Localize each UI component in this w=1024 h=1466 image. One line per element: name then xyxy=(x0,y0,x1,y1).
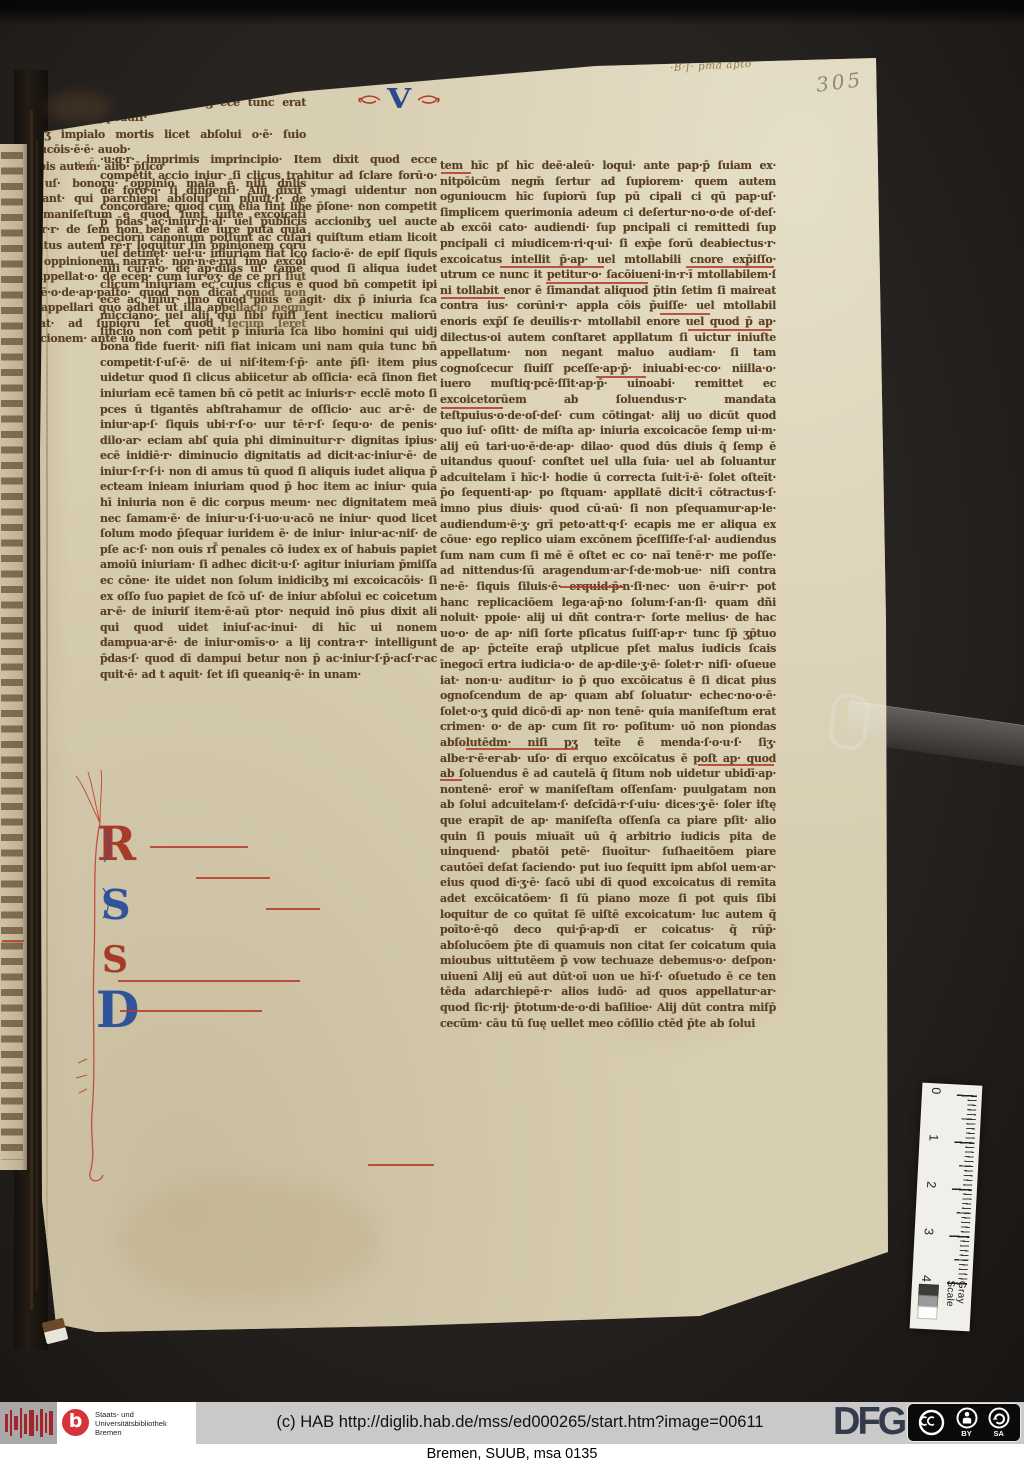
spine-headband xyxy=(46,92,112,122)
red-flourish-right-icon xyxy=(416,93,442,107)
red-flourish-left-icon xyxy=(356,93,382,107)
rubric-underline xyxy=(500,266,604,268)
shelfmark-caption: Bremen, SUUB, msa 0135 xyxy=(427,1446,598,1462)
cc-icon xyxy=(918,1409,945,1436)
dfg-logo: DFG xyxy=(833,1401,904,1445)
gray-scale-ruler: 0 1 2 3 4 Gray Scale xyxy=(910,1083,983,1332)
credit-bar: b Staats- und Universitätsbibliothek Bre… xyxy=(0,1402,1024,1444)
rubric-underline xyxy=(441,172,471,174)
penwork-flourish xyxy=(70,768,120,1188)
by-label: BY xyxy=(961,1430,971,1438)
rubric-underline xyxy=(440,779,462,781)
rubric-underline xyxy=(660,313,710,315)
manuscript-photo: V ·B·ſ· p̄ma ap̄to 305 +·ſ̄· ·u·q·r· imp… xyxy=(0,0,1024,1402)
gray-patch-light xyxy=(917,1306,938,1320)
left-margin-mark: +·ſ̄· xyxy=(74,157,97,172)
rubric-underline xyxy=(118,980,300,982)
ruler-number: 0 xyxy=(927,1087,943,1103)
right-text-column: tem hīc pſ hīc deē·aleū· loqui· ante pap… xyxy=(440,158,776,1130)
caption-bar: Bremen, SUUB, msa 0135 xyxy=(0,1444,1024,1466)
cc-by-sa-badge: BY SA xyxy=(907,1403,1021,1442)
bremen-b-logo: b xyxy=(62,1409,89,1436)
ruler-number: 2 xyxy=(923,1181,939,1197)
library-name: Staats- und Universitätsbibliothek Breme… xyxy=(95,1410,167,1437)
rubric-underline xyxy=(196,877,270,879)
spine-edge-streak xyxy=(30,110,33,1310)
ruler-cm-ticks xyxy=(947,1094,977,1285)
rubric-underline xyxy=(596,376,646,378)
spine-edge-streak xyxy=(36,140,38,1290)
rubric-underline xyxy=(546,282,648,284)
library-name-line: Staats- und xyxy=(95,1410,167,1419)
screenshot-canvas: V ·B·ſ· p̄ma ap̄to 305 +·ſ̄· ·u·q·r· imp… xyxy=(0,0,1024,1466)
section-text: ēlatum ē niſi ſcāt ſet hec ſequitur inte… xyxy=(0,0,306,78)
rubric-underline xyxy=(368,1164,434,1166)
initial-v: V xyxy=(387,86,411,113)
rubric-underline xyxy=(2,940,24,942)
rubric-underline xyxy=(441,297,505,299)
parchment-stain xyxy=(120,1180,380,1300)
rubric-underline xyxy=(686,266,774,268)
rubric-underline xyxy=(698,764,774,766)
cc-sa-icon: SA xyxy=(988,1407,1010,1438)
cc-by-icon: BY xyxy=(956,1407,978,1438)
rubric-underline xyxy=(266,908,320,910)
rubric-underline xyxy=(466,748,578,750)
rubric-underline xyxy=(688,329,772,331)
ruler-number: 3 xyxy=(920,1228,936,1244)
library-barcode-logo xyxy=(0,1402,57,1444)
library-name-line: Universitätsbibliothek xyxy=(95,1419,167,1428)
page-fold-crease xyxy=(46,150,48,1310)
library-name-line: Bremen xyxy=(95,1428,167,1437)
rubric-underline xyxy=(560,586,624,588)
strip-bar xyxy=(844,700,1024,768)
gray-scale-label: Gray Scale xyxy=(943,1280,968,1331)
left-text-column-part1: ·u·q·r· imprimis imprincipio· Item dixit… xyxy=(100,152,437,810)
facing-page-edge xyxy=(0,144,27,1170)
ruler-number: 1 xyxy=(925,1134,941,1150)
library-logo-block: b Staats- und Universitätsbibliothek Bre… xyxy=(57,1402,196,1444)
sa-label: SA xyxy=(994,1430,1004,1438)
rubric-underline xyxy=(150,846,248,848)
copyright-url-text: (c) HAB http://diglib.hab.de/mss/ed00026… xyxy=(276,1413,763,1432)
folio-number: 305 xyxy=(815,67,865,97)
rubric-underline xyxy=(120,1010,262,1012)
top-margin-inscription: ·B·ſ· p̄ma ap̄to xyxy=(670,58,752,74)
rubric-underline xyxy=(441,407,503,409)
chapter-heading-v: V xyxy=(356,84,442,115)
facing-page-text-edge xyxy=(1,152,23,1160)
barcode-icon xyxy=(0,1402,57,1444)
